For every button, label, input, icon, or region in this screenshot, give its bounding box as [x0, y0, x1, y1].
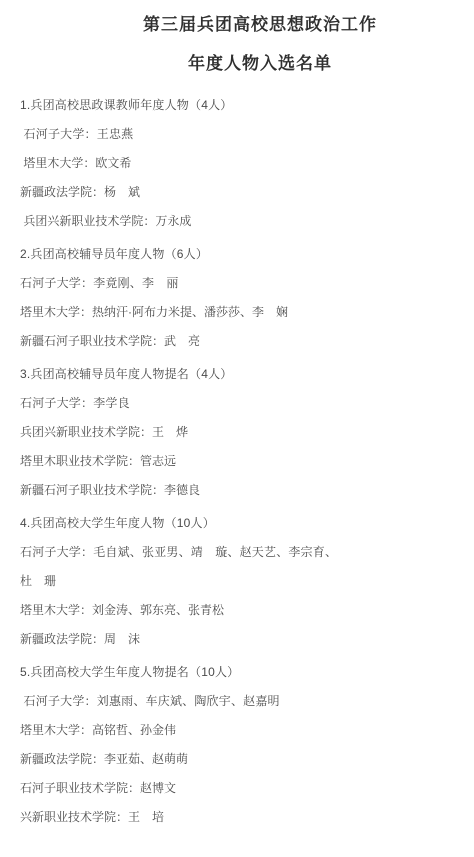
- document-title-block: 第三届兵团高校思想政治工作 年度人物入选名单: [46, 15, 474, 74]
- section-4-entry-1: 石河子大学：毛自斌、张亚男、靖 璇、赵天艺、李宗育、: [20, 544, 460, 561]
- document-title-line-1: 第三届兵团高校思想政治工作: [46, 15, 474, 35]
- section-3-entry-4: 新疆石河子职业技术学院：李德良: [20, 482, 460, 499]
- section-4-entry-1-continuation: 杜 珊: [20, 573, 460, 590]
- section-3-heading: 3.兵团高校辅导员年度人物提名（4人）: [20, 366, 460, 383]
- section-2-entry-2: 塔里木大学：热纳汗·阿布力米提、潘莎莎、李 娴: [20, 304, 460, 321]
- section-3-entry-1: 石河子大学：李学良: [20, 395, 460, 412]
- section-2-entry-3: 新疆石河子职业技术学院：武 亮: [20, 333, 460, 350]
- section-5-entry-1: 石河子大学：刘惠雨、车庆斌、陶欣宇、赵嘉明: [20, 693, 460, 710]
- section-4-heading: 4.兵团高校大学生年度人物（10人）: [20, 515, 460, 532]
- section-1-heading: 1.兵团高校思政课教师年度人物（4人）: [20, 97, 460, 114]
- section-5-entry-2: 塔里木大学：高铭哲、孙金伟: [20, 722, 460, 739]
- section-5-entry-3: 新疆政法学院：李亚茹、赵萌萌: [20, 751, 460, 768]
- section-3-entry-3: 塔里木职业技术学院：管志远: [20, 453, 460, 470]
- document-title-line-2: 年度人物入选名单: [46, 54, 474, 74]
- section-4-entry-3: 新疆政法学院：周 沫: [20, 631, 460, 648]
- section-4-entry-2: 塔里木大学：刘金涛、郭东亮、张青松: [20, 602, 460, 619]
- section-2-entry-1: 石河子大学：李竟刚、李 丽: [20, 275, 460, 292]
- section-1-entry-1: 石河子大学：王忠燕: [20, 126, 460, 143]
- section-5-entry-5: 兴新职业技术学院：王 培: [20, 809, 460, 826]
- section-5-entry-4: 石河子职业技术学院：赵博文: [20, 780, 460, 797]
- document-page: 第三届兵团高校思想政治工作 年度人物入选名单 1.兵团高校思政课教师年度人物（4…: [0, 0, 474, 857]
- section-1-entry-3: 新疆政法学院：杨 斌: [20, 184, 460, 201]
- section-2-heading: 2.兵团高校辅导员年度人物（6人）: [20, 246, 460, 263]
- section-1-entry-4: 兵团兴新职业技术学院：万永成: [20, 213, 460, 230]
- section-5-heading: 5.兵团高校大学生年度人物提名（10人）: [20, 664, 460, 681]
- section-1-entry-2: 塔里木大学：欧文希: [20, 155, 460, 172]
- section-3-entry-2: 兵团兴新职业技术学院：王 烨: [20, 424, 460, 441]
- document-body: 1.兵团高校思政课教师年度人物（4人） 石河子大学：王忠燕 塔里木大学：欧文希 …: [0, 97, 474, 826]
